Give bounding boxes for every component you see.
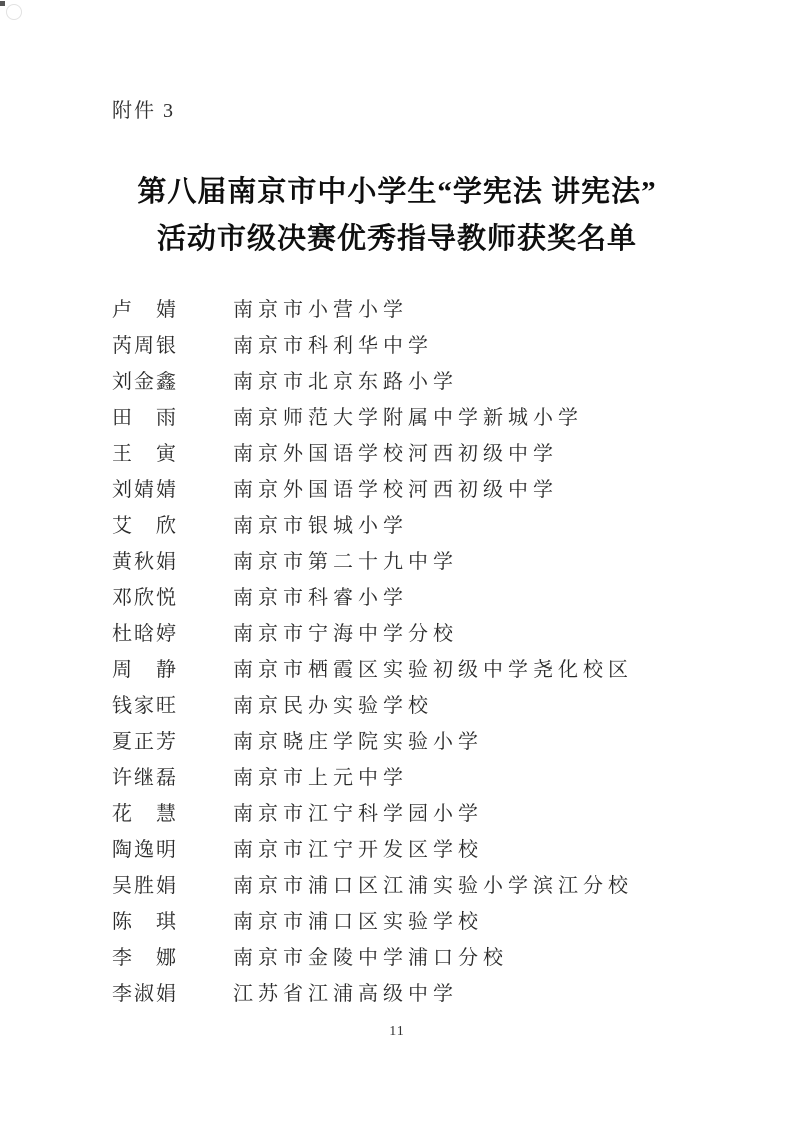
awardee-name: 邓欣悦 xyxy=(112,580,178,616)
awardee-name: 吴胜娟 xyxy=(112,868,178,904)
awardee-school: 南京市小营小学 xyxy=(233,292,408,328)
awardee-row: 夏正芳 南京晓庄学院实验小学 xyxy=(112,724,754,760)
awardee-name: 李淑娟 xyxy=(112,976,178,1012)
awardee-name: 夏正芳 xyxy=(112,724,178,760)
awardee-name: 田 雨 xyxy=(112,400,178,436)
awardee-row: 李 娜 南京市金陵中学浦口分校 xyxy=(112,940,754,976)
awardee-row: 刘金鑫 南京市北京东路小学 xyxy=(112,364,754,400)
awardee-school: 江苏省江浦高级中学 xyxy=(233,976,458,1012)
awardee-row: 芮周银 南京市科利华中学 xyxy=(112,328,754,364)
awardee-list: 卢 婧 南京市小营小学 芮周银 南京市科利华中学 刘金鑫 南京市北京东路小学 田… xyxy=(112,292,754,1012)
awardee-school: 南京市第二十九中学 xyxy=(233,544,458,580)
awardee-name: 周 静 xyxy=(112,652,178,688)
awardee-school: 南京师范大学附属中学新城小学 xyxy=(233,400,583,436)
awardee-name: 许继磊 xyxy=(112,760,178,796)
awardee-row: 陈 琪 南京市浦口区实验学校 xyxy=(112,904,754,940)
awardee-name: 艾 欣 xyxy=(112,508,178,544)
page-number: 11 xyxy=(0,1024,794,1040)
awardee-school: 南京市江宁科学园小学 xyxy=(233,796,483,832)
awardee-name: 刘婧婧 xyxy=(112,472,178,508)
awardee-name: 芮周银 xyxy=(112,328,178,364)
awardee-school: 南京晓庄学院实验小学 xyxy=(233,724,483,760)
awardee-row: 周 静 南京市栖霞区实验初级中学尧化校区 xyxy=(112,652,754,688)
awardee-row: 陶逸明 南京市江宁开发区学校 xyxy=(112,832,754,868)
awardee-row: 许继磊 南京市上元中学 xyxy=(112,760,754,796)
awardee-school: 南京市浦口区实验学校 xyxy=(233,904,483,940)
awardee-row: 钱家旺 南京民办实验学校 xyxy=(112,688,754,724)
awardee-row: 杜晗婷 南京市宁海中学分校 xyxy=(112,616,754,652)
attachment-label: 附件 3 xyxy=(112,94,175,123)
awardee-name: 花 慧 xyxy=(112,796,178,832)
awardee-school: 南京市江宁开发区学校 xyxy=(233,832,483,868)
document-title: 第八届南京市中小学生“学宪法 讲宪法” 活动市级决赛优秀指导教师获奖名单 xyxy=(0,169,794,263)
awardee-row: 邓欣悦 南京市科睿小学 xyxy=(112,580,754,616)
awardee-school: 南京市银城小学 xyxy=(233,508,408,544)
awardee-school: 南京市宁海中学分校 xyxy=(233,616,458,652)
awardee-row: 刘婧婧 南京外国语学校河西初级中学 xyxy=(112,472,754,508)
awardee-school: 南京市上元中学 xyxy=(233,760,408,796)
scan-artifact-circle xyxy=(6,4,22,20)
awardee-school: 南京市科利华中学 xyxy=(233,328,433,364)
awardee-school: 南京市科睿小学 xyxy=(233,580,408,616)
awardee-row: 黄秋娟 南京市第二十九中学 xyxy=(112,544,754,580)
awardee-name: 刘金鑫 xyxy=(112,364,178,400)
awardee-school: 南京市浦口区江浦实验小学滨江分校 xyxy=(233,868,633,904)
awardee-name: 陶逸明 xyxy=(112,832,178,868)
awardee-name: 李 娜 xyxy=(112,940,178,976)
awardee-school: 南京民办实验学校 xyxy=(233,688,433,724)
awardee-school: 南京市北京东路小学 xyxy=(233,364,458,400)
title-line-2: 活动市级决赛优秀指导教师获奖名单 xyxy=(157,223,637,255)
awardee-name: 陈 琪 xyxy=(112,904,178,940)
scan-artifact-speck xyxy=(0,1,5,6)
awardee-school: 南京市金陵中学浦口分校 xyxy=(233,940,508,976)
awardee-name: 杜晗婷 xyxy=(112,616,178,652)
awardee-school: 南京市栖霞区实验初级中学尧化校区 xyxy=(233,652,633,688)
awardee-name: 卢 婧 xyxy=(112,292,178,328)
awardee-name: 黄秋娟 xyxy=(112,544,178,580)
awardee-row: 花 慧 南京市江宁科学园小学 xyxy=(112,796,754,832)
awardee-row: 李淑娟 江苏省江浦高级中学 xyxy=(112,976,754,1012)
awardee-row: 王 寅 南京外国语学校河西初级中学 xyxy=(112,436,754,472)
awardee-row: 田 雨 南京师范大学附属中学新城小学 xyxy=(112,400,754,436)
awardee-name: 王 寅 xyxy=(112,436,178,472)
awardee-row: 艾 欣 南京市银城小学 xyxy=(112,508,754,544)
title-line-1: 第八届南京市中小学生“学宪法 讲宪法” xyxy=(137,176,656,208)
awardee-school: 南京外国语学校河西初级中学 xyxy=(233,472,558,508)
awardee-name: 钱家旺 xyxy=(112,688,178,724)
awardee-row: 吴胜娟 南京市浦口区江浦实验小学滨江分校 xyxy=(112,868,754,904)
awardee-school: 南京外国语学校河西初级中学 xyxy=(233,436,558,472)
awardee-row: 卢 婧 南京市小营小学 xyxy=(112,292,754,328)
document-page: 附件 3 第八届南京市中小学生“学宪法 讲宪法” 活动市级决赛优秀指导教师获奖名… xyxy=(0,0,794,1123)
